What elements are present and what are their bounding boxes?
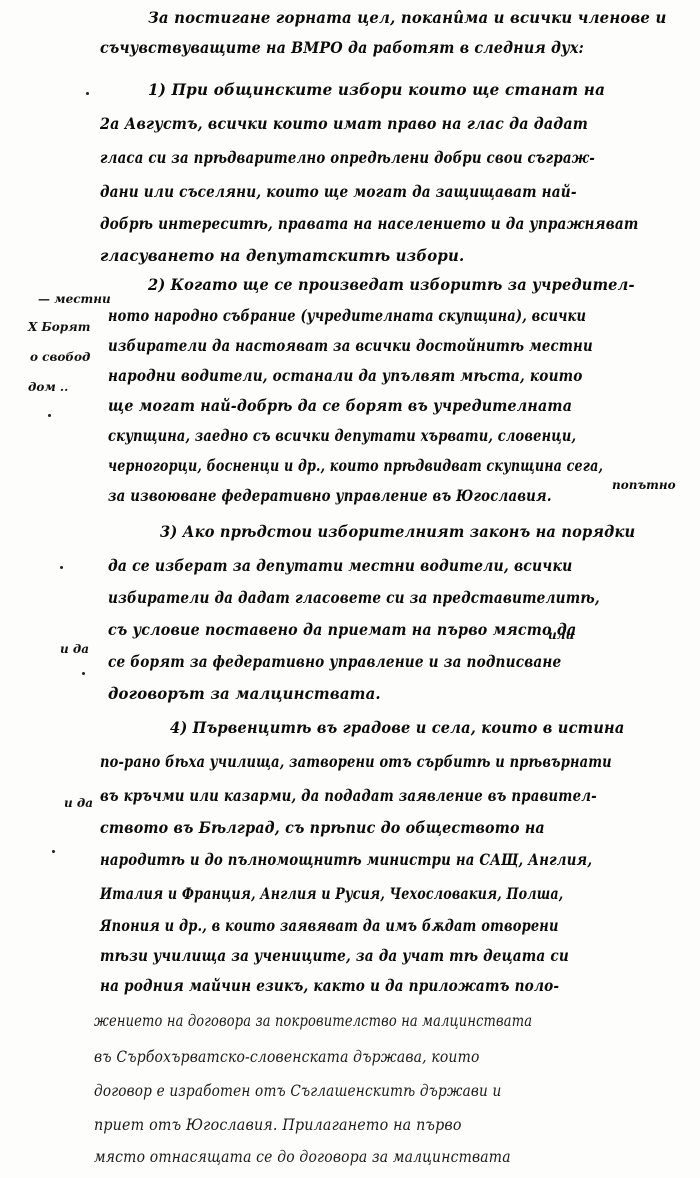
text-line: ството въ Бѣлград, съ прѣпис до общество… bbox=[100, 818, 545, 837]
text-line: 1) При общинските избори които ще станат… bbox=[148, 80, 605, 99]
text-line: народитѣ и до пълномощнитѣ министри на С… bbox=[100, 850, 592, 869]
text-line: гласа си за прѣдварително опредѣлени доб… bbox=[100, 148, 595, 167]
scan-speck bbox=[86, 92, 89, 95]
margin-note: о свобод bbox=[30, 350, 90, 364]
text-line: добрѣ интереситѣ, правата на населението… bbox=[100, 214, 638, 233]
interlinear-insertion: попътно bbox=[612, 478, 676, 492]
text-line: се борят за федеративно управление и за … bbox=[108, 652, 561, 671]
text-line: народни водители, останали да упълвят мѣ… bbox=[108, 366, 583, 385]
text-line: да се изберат за депутати местни водител… bbox=[108, 556, 572, 575]
text-line: съ условие поставено да приемат на първо… bbox=[108, 620, 576, 639]
scan-speck bbox=[82, 672, 85, 675]
text-line: на родния майчин езикъ, както и да прило… bbox=[100, 976, 559, 995]
text-line: 3) Ако прѣдстои изборителният законъ на … bbox=[160, 522, 635, 541]
text-line: гласуването на депутатскитѣ избори. bbox=[100, 246, 464, 265]
interlinear-insertion: или bbox=[548, 628, 574, 642]
manuscript-page: За постигане горната цел, покани̂ма и вс… bbox=[0, 0, 700, 1178]
margin-note: и да bbox=[64, 796, 93, 810]
text-line: съчувствуващите на ВМРО да работят в сле… bbox=[100, 38, 584, 57]
text-line: 2а Августъ, всички които имат право на г… bbox=[100, 114, 588, 133]
text-line: ще могат най-добрѣ да се борят въ учреди… bbox=[108, 396, 572, 415]
text-line: ното народно събрание (учредителната ску… bbox=[108, 306, 586, 325]
margin-note: дом .. bbox=[28, 380, 68, 394]
text-line: жението на договора за покровителство на… bbox=[94, 1012, 532, 1030]
text-line: по-рано бѣха училища, затворени отъ сърб… bbox=[100, 752, 612, 771]
text-line: 2) Когато ще се произведат изборитѣ за у… bbox=[148, 275, 635, 294]
text-line: договорът за малцинствата. bbox=[108, 684, 381, 703]
text-line: договор е изработен отъ Съглашенскитѣ дъ… bbox=[94, 1082, 501, 1100]
text-line: въ Сърбохърватско-словенската държава, к… bbox=[94, 1048, 480, 1066]
text-line: дани или съселяни, които ще могат да защ… bbox=[100, 182, 577, 201]
text-line: черногорци, босненци и др., които прѣдви… bbox=[108, 456, 603, 475]
margin-note: — местни bbox=[38, 292, 111, 306]
margin-note: Х Борят bbox=[28, 320, 90, 334]
text-line: въ кръчми или казарми, да подадат заявле… bbox=[100, 786, 597, 805]
scan-speck bbox=[60, 566, 63, 569]
scan-speck bbox=[48, 414, 51, 417]
scan-speck bbox=[52, 850, 55, 853]
text-line: За постигане горната цел, покани̂ма и вс… bbox=[148, 8, 666, 27]
margin-note: и да bbox=[60, 642, 89, 656]
text-line: място отнасящата се до договора за малци… bbox=[94, 1148, 511, 1166]
text-line: приет отъ Югославия. Прилагането на първ… bbox=[94, 1116, 462, 1134]
text-line: избиратели да дадат гласовете си за пред… bbox=[108, 588, 600, 607]
text-line: избиратели да настояват за всички достой… bbox=[108, 336, 593, 355]
text-line: Япония и др., в които заявяват да имъ бѫ… bbox=[100, 916, 559, 935]
text-line: скупщина, заедно съ всички депутати хърв… bbox=[108, 426, 576, 445]
text-line: тѣзи училища за учениците, за да учат тѣ… bbox=[100, 946, 569, 965]
text-line: Италия и Франция, Англия и Русия, Чехосл… bbox=[100, 884, 563, 903]
text-line: за извоюване федеративно управление въ Ю… bbox=[108, 486, 552, 505]
text-line: 4) Първенцитѣ въ градове и села, които в… bbox=[170, 718, 624, 737]
